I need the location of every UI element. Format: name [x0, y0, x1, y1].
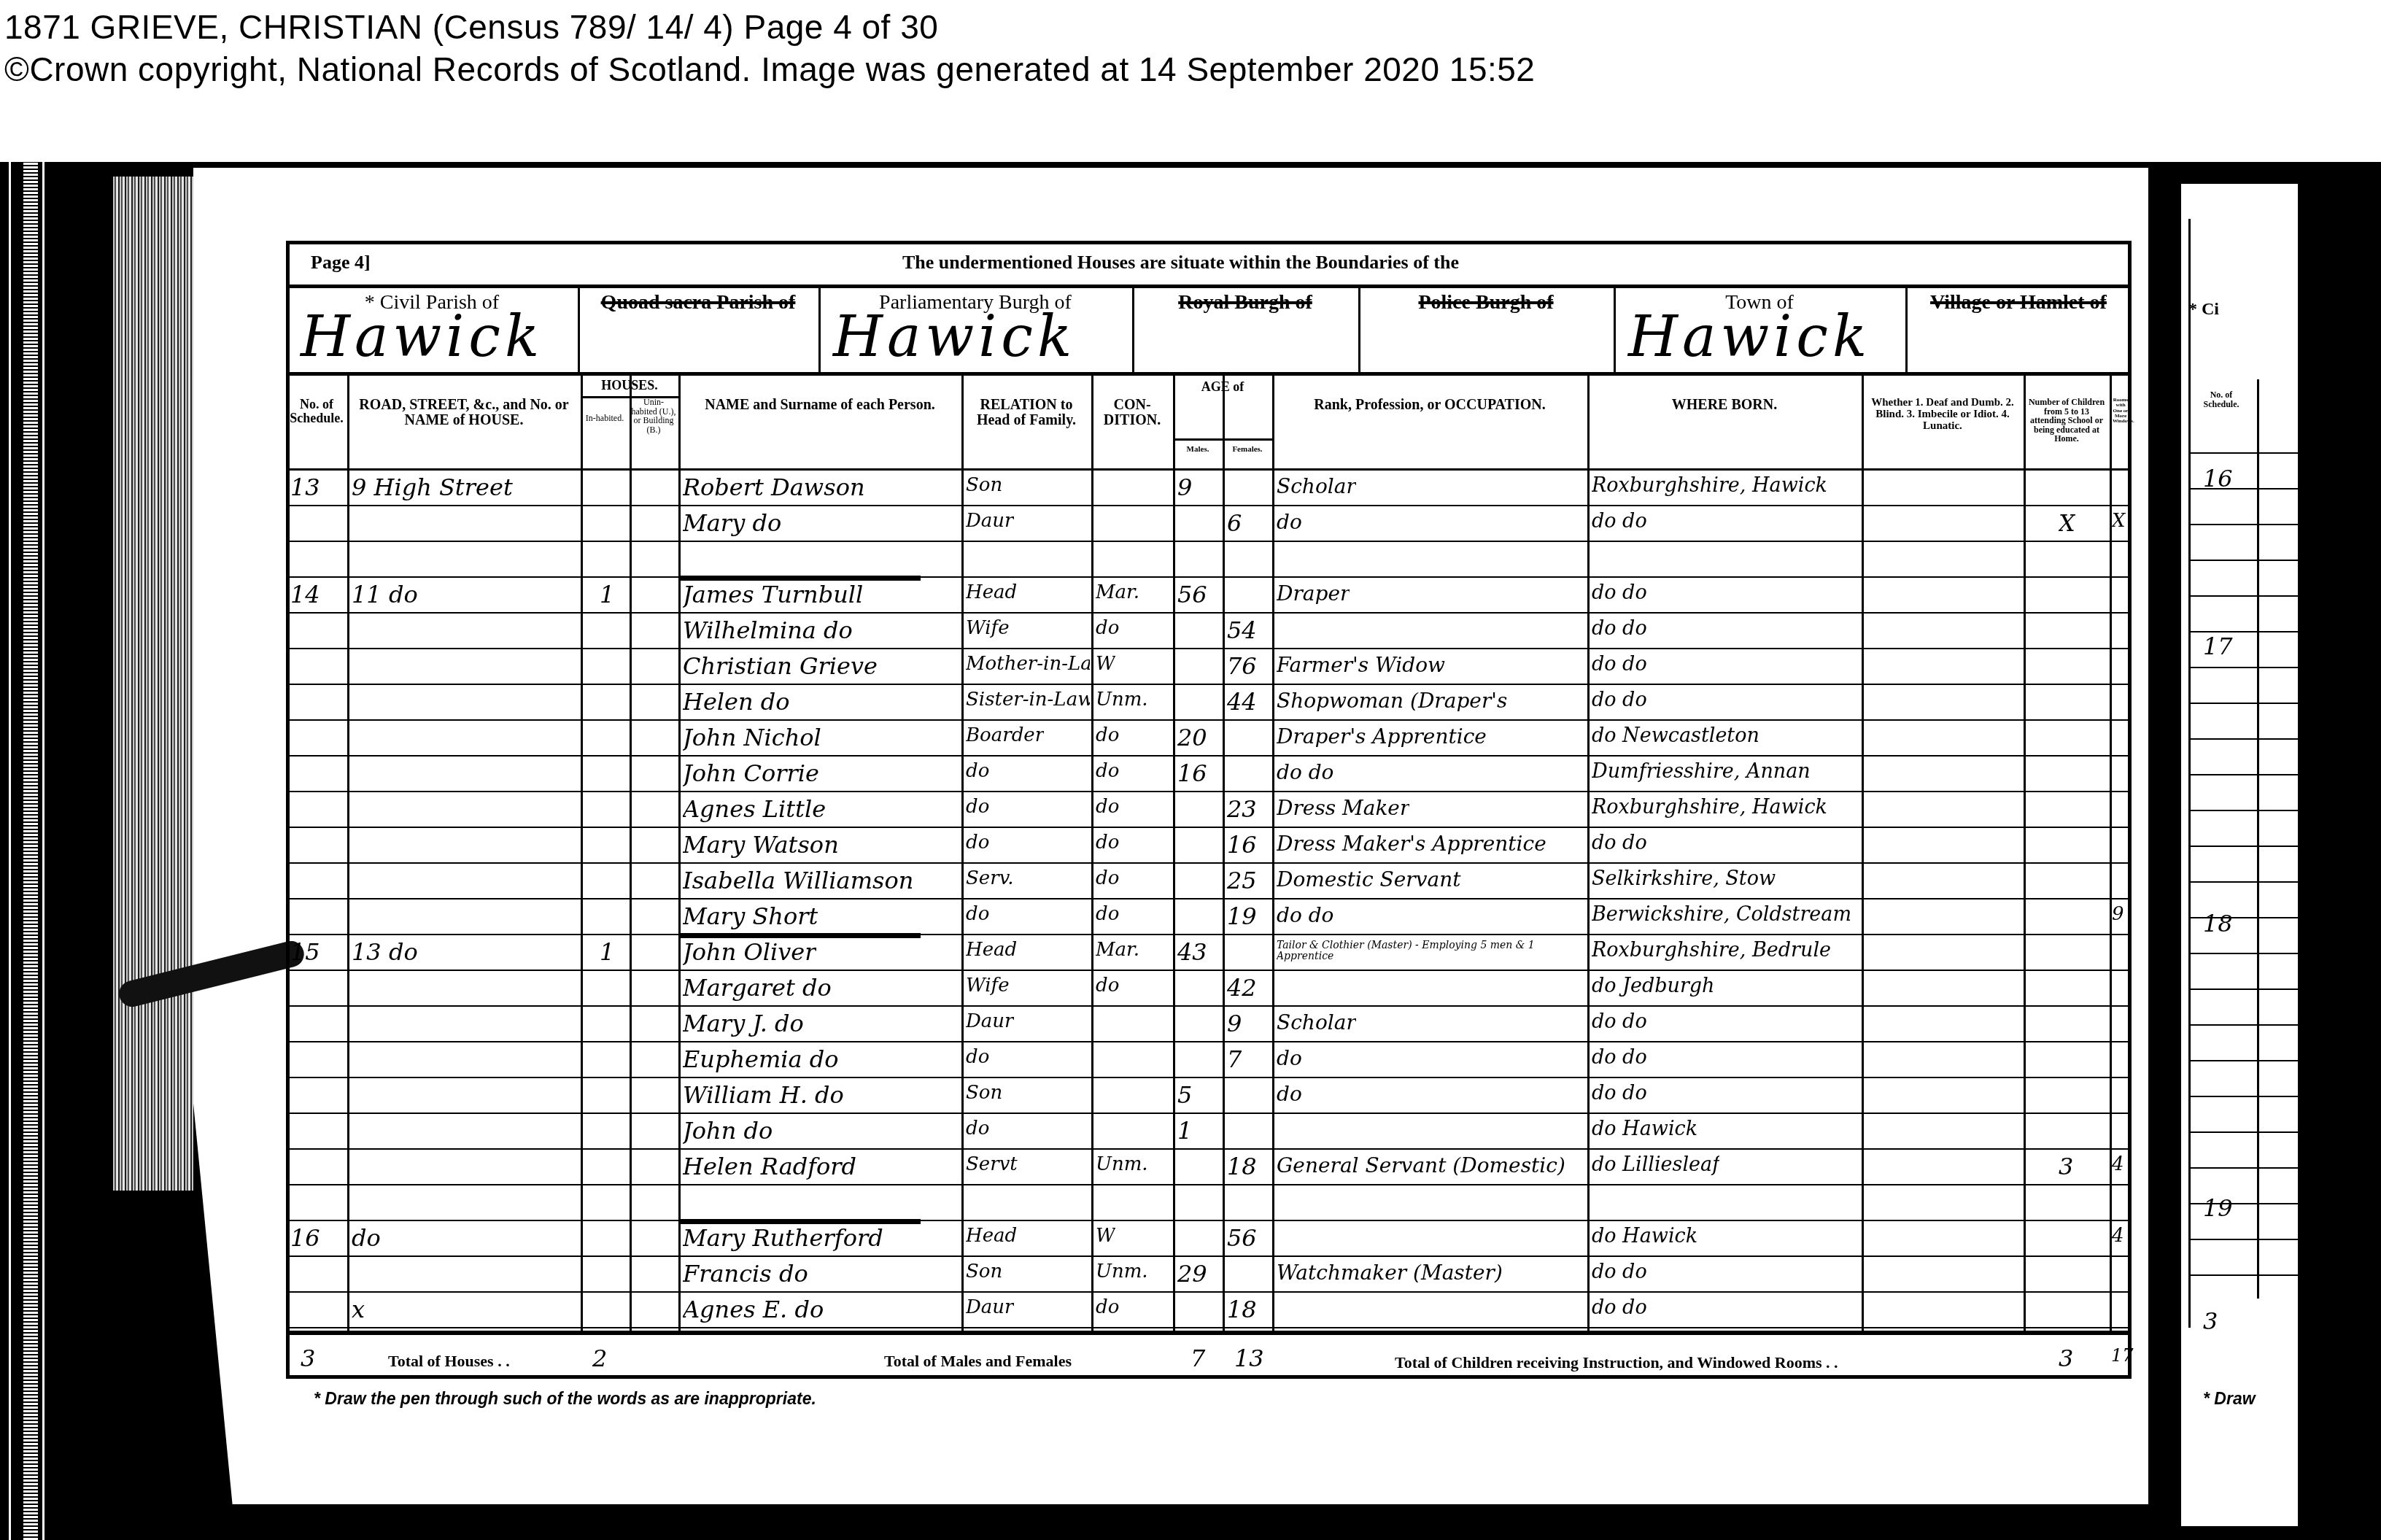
column-header-females: Females.: [1223, 446, 1272, 454]
row-divider: [286, 1077, 2132, 1078]
occupation: do do: [1277, 905, 1333, 926]
table-row: Mary J. doDaur9Scholardo do: [286, 1007, 2132, 1043]
boundary-label: Royal Burgh of: [1132, 292, 1358, 313]
person-name: Helen Radford: [683, 1155, 856, 1180]
row-divider: [2188, 452, 2298, 454]
row-divider: [2188, 1096, 2298, 1097]
boundary-label: Quoad sacra Parish of: [578, 292, 818, 313]
column-header-rooms: Rooms with One or More Windows.: [2113, 398, 2129, 425]
divider: [286, 372, 2132, 376]
condition: Unm.: [1096, 1155, 1148, 1175]
schedule-number: 16: [290, 1226, 320, 1251]
scan-edge: [42, 162, 44, 1540]
table-row: 139 High StreetRobert DawsonSon9ScholarR…: [286, 471, 2132, 507]
adjacent-schedule-number: 19: [2203, 1196, 2233, 1221]
row-divider: [2188, 1239, 2298, 1240]
occupation: Dress Maker's Apprentice: [1277, 833, 1546, 854]
relation: do: [966, 905, 989, 924]
birthplace: Berwickshire, Coldstream: [1592, 905, 1851, 925]
divider: [2188, 219, 2191, 1328]
table-row: Helen RadfordServtUnm.18General Servant …: [286, 1150, 2132, 1186]
relation: do: [966, 762, 989, 781]
address: x: [352, 1298, 365, 1323]
occupation: do: [1277, 511, 1302, 533]
age-female: 16: [1227, 833, 1257, 858]
row-divider: [286, 862, 2132, 864]
occupation: Draper: [1277, 583, 1350, 604]
windowed-rooms: 4: [2112, 1155, 2124, 1175]
table-row: 1411 do1James TurnbullHeadMar.56Draperdo…: [286, 579, 2132, 614]
person-name: Agnes Little: [683, 797, 826, 822]
household-separator: [680, 576, 921, 581]
relation: Wife: [966, 619, 1010, 638]
age-female: 19: [1227, 905, 1257, 929]
row-divider: [2188, 560, 2298, 561]
table-row: John Corriedodo16do doDumfriesshire, Ann…: [286, 757, 2132, 793]
table-row: Mary Shortdodo19do doBerwickshire, Colds…: [286, 900, 2132, 936]
person-name: Euphemia do: [683, 1048, 839, 1072]
row-divider: [286, 1113, 2132, 1114]
children-count: 3: [2059, 1155, 2073, 1180]
person-name: Mary Short: [683, 905, 818, 929]
total-females: 13: [1234, 1347, 1264, 1371]
copyright-notice: ©Crown copyright, National Records of Sc…: [4, 53, 1535, 86]
row-divider: [2188, 595, 2298, 597]
column-header-inhabited: In-habited.: [582, 414, 627, 423]
adjacent-footnote: * Draw: [2203, 1390, 2256, 1407]
age-female: 18: [1227, 1155, 1257, 1180]
birthplace: do do: [1592, 511, 1647, 532]
birthplace: do do: [1592, 583, 1647, 603]
adjacent-schedule-number: 18: [2203, 912, 2233, 937]
relation: Son: [966, 1262, 1002, 1282]
birthplace: Roxburghshire, Hawick: [1592, 797, 1827, 818]
occupation: Watchmaker (Master): [1277, 1262, 1503, 1283]
person-name: Christian Grieve: [683, 654, 878, 679]
boundary-label: Village or Hamlet of: [1905, 292, 2132, 313]
birthplace: do do: [1592, 654, 1647, 675]
divider: [286, 1331, 2132, 1335]
person-name: John Corrie: [683, 762, 819, 786]
occupation: Tailor & Clothier (Master) - Employing 5…: [1277, 940, 1586, 961]
birthplace: Roxburghshire, Hawick: [1592, 476, 1827, 496]
birthplace: do Lilliesleaf: [1592, 1155, 1719, 1175]
occupation: Shopwoman (Draper's: [1277, 690, 1507, 711]
condition: do: [1096, 976, 1119, 996]
person-name: Robert Dawson: [683, 476, 865, 500]
occupation: do do: [1277, 762, 1333, 783]
person-name: Helen do: [683, 690, 790, 715]
column-header-age: AGE of: [1173, 380, 1272, 394]
relation: Daur: [966, 511, 1014, 531]
address: do: [352, 1226, 381, 1251]
row-divider: [2188, 703, 2298, 704]
column-header-born: WHERE BORN.: [1590, 398, 1859, 413]
column-header-occupation: Rank, Profession, or OCCUPATION.: [1275, 398, 1584, 413]
windowed-rooms: 4: [2112, 1226, 2124, 1246]
relation: Daur: [966, 1298, 1014, 1317]
row-divider: [2188, 810, 2298, 811]
scan-edge: [9, 162, 11, 1540]
boundary-value: Hawick: [833, 308, 1076, 368]
occupation: Dress Maker: [1277, 797, 1409, 819]
row-divider: [2188, 1131, 2298, 1133]
person-name: Isabella Williamson: [683, 869, 913, 894]
age-male: 16: [1177, 762, 1207, 786]
condition: do: [1096, 762, 1119, 781]
total-rooms: 17: [2111, 1347, 2134, 1365]
row-divider: [286, 719, 2132, 721]
column-header-infirm: Whether 1. Deaf and Dumb. 2. Blind. 3. I…: [1865, 398, 2021, 432]
boundary-value: Hawick: [301, 308, 543, 368]
table-row: 16doMary RutherfordHeadW56do Hawick4: [286, 1222, 2132, 1258]
row-divider: [286, 1220, 2132, 1221]
row-divider: [286, 1255, 2132, 1257]
relation: Son: [966, 1083, 1002, 1103]
row-divider: [2188, 1167, 2298, 1169]
divider: [286, 468, 2132, 471]
houses-inhabited: 1: [600, 940, 614, 965]
row-divider: [286, 612, 2132, 614]
column-header-relation: RELATION to Head of Family.: [964, 398, 1088, 428]
birthplace: do Newcastleton: [1592, 726, 1759, 746]
row-divider: [286, 970, 2132, 971]
row-divider: [2188, 667, 2298, 668]
occupation: General Servant (Domestic): [1277, 1155, 1565, 1176]
schedule-number: 14: [290, 583, 320, 608]
row-divider: [286, 648, 2132, 649]
row-divider: [286, 1041, 2132, 1042]
total-schedules: 3: [301, 1347, 315, 1371]
table-row: Wilhelmina doWifedo54do do: [286, 614, 2132, 650]
birthplace: do do: [1592, 1048, 1647, 1068]
birthplace: do do: [1592, 690, 1647, 711]
age-female: 23: [1227, 797, 1257, 822]
relation: Boarder: [966, 726, 1044, 746]
row-divider: [2188, 524, 2298, 525]
row-divider: [286, 1291, 2132, 1293]
table-row: John dodo1do Hawick: [286, 1115, 2132, 1150]
row-divider: [2188, 988, 2298, 990]
row-divider: [2188, 488, 2298, 490]
person-name: Margaret do: [683, 976, 832, 1001]
row-divider: [2188, 1024, 2298, 1026]
table-row: Helen doSister-in-LawUnm.44Shopwoman (Dr…: [286, 686, 2132, 721]
divider: [1173, 438, 1272, 441]
occupation: Domestic Servant: [1277, 869, 1461, 890]
table-row: Agnes Littledodo23Dress MakerRoxburghshi…: [286, 793, 2132, 829]
table-row: Mary Watsondodo16Dress Maker's Apprentic…: [286, 829, 2132, 864]
boundaries-intro: The undermentioned Houses are situate wi…: [902, 252, 1459, 272]
condition: Mar.: [1096, 940, 1139, 960]
total-children: 3: [2059, 1347, 2073, 1371]
row-divider: [286, 1005, 2132, 1007]
total-houses-label: Total of Houses . .: [388, 1353, 510, 1369]
person-name: Mary do: [683, 511, 781, 536]
page-label: Page 4]: [311, 252, 371, 272]
condition: W: [1096, 1226, 1115, 1246]
condition: do: [1096, 869, 1119, 889]
row-divider: [2188, 881, 2298, 883]
relation: Head: [966, 940, 1017, 960]
row-divider: [2188, 1203, 2298, 1204]
row-divider: [2188, 631, 2298, 632]
condition: Mar.: [1096, 583, 1139, 603]
address: 9 High Street: [352, 476, 513, 500]
person-name: John do: [683, 1119, 773, 1144]
column-header-name: NAME and Surname of each Person.: [681, 398, 959, 413]
age-female: 44: [1227, 690, 1257, 715]
birthplace: Roxburghshire, Bedrule: [1592, 940, 1831, 961]
age-male: 56: [1177, 583, 1207, 608]
row-divider: [286, 684, 2132, 685]
table-row: Francis doSonUnm.29Watchmaker (Master)do…: [286, 1258, 2132, 1293]
age-male: 1: [1177, 1119, 1192, 1144]
age-male: 20: [1177, 726, 1207, 751]
windowed-rooms: 9: [2112, 905, 2124, 924]
relation: Head: [966, 1226, 1017, 1246]
relation: Servt: [966, 1155, 1018, 1175]
adjacent-schedule-header: No. of Schedule.: [2196, 390, 2247, 409]
adjacent-page: [2181, 184, 2298, 1526]
row-divider: [2188, 953, 2298, 954]
age-female: 18: [1227, 1298, 1257, 1323]
column-header-schedule: No. of Schedule.: [289, 398, 344, 425]
row-divider: [286, 827, 2132, 828]
divider: [581, 396, 678, 398]
table-row: Isabella WilliamsonServ.do25Domestic Ser…: [286, 864, 2132, 900]
total-houses-value: 2: [592, 1347, 607, 1371]
birthplace: do do: [1592, 1298, 1647, 1318]
condition: Unm.: [1096, 1262, 1148, 1282]
relation: do: [966, 1119, 989, 1139]
relation: Son: [966, 476, 1002, 495]
scan-edge: [23, 162, 38, 1540]
age-male: 5: [1177, 1083, 1192, 1108]
row-divider: [2188, 1060, 2298, 1061]
adjacent-schedule-number: 17: [2203, 635, 2233, 659]
household-separator: [680, 1219, 921, 1224]
age-female: 6: [1227, 511, 1242, 536]
person-name: William H. do: [683, 1083, 844, 1108]
age-female: 25: [1227, 869, 1257, 894]
row-divider: [286, 1184, 2132, 1185]
occupation: do: [1277, 1048, 1302, 1069]
person-name: Mary Watson: [683, 833, 839, 858]
adjacent-total: 3: [2203, 1309, 2218, 1334]
row-divider: [286, 755, 2132, 757]
address: 11 do: [352, 583, 418, 608]
person-name: Francis do: [683, 1262, 808, 1287]
condition: do: [1096, 726, 1119, 746]
age-female: 54: [1227, 619, 1257, 643]
person-name: Agnes E. do: [683, 1298, 824, 1323]
birthplace: Dumfriesshire, Annan: [1592, 762, 1811, 782]
age-female: 42: [1227, 976, 1257, 1001]
condition: Unm.: [1096, 690, 1148, 710]
divider: [2257, 379, 2259, 1299]
total-males: 7: [1190, 1347, 1205, 1371]
total-persons-label: Total of Males and Females: [884, 1353, 1072, 1369]
row-divider: [2188, 846, 2298, 847]
column-header-houses: HOUSES.: [584, 379, 675, 392]
divider: [286, 285, 2132, 288]
condition: do: [1096, 619, 1119, 638]
age-female: 76: [1227, 654, 1257, 679]
condition: do: [1096, 1298, 1119, 1317]
age-male: 29: [1177, 1262, 1207, 1287]
schedule-number: 13: [290, 476, 320, 500]
occupation: Scholar: [1277, 476, 1356, 497]
relation: do: [966, 1048, 989, 1067]
relation: Head: [966, 583, 1017, 603]
row-divider: [286, 505, 2132, 506]
table-row: Christian GrieveMother-in-LawW76Farmer's…: [286, 650, 2132, 686]
census-form: Page 4] The undermentioned Houses are si…: [286, 241, 2139, 1379]
condition: do: [1096, 797, 1119, 817]
row-divider: [286, 576, 2132, 578]
row-divider: [2188, 738, 2298, 740]
birthplace: do do: [1592, 833, 1647, 854]
relation: Sister-in-Law: [966, 690, 1090, 710]
children-count: X: [2059, 511, 2075, 536]
birthplace: do Hawick: [1592, 1119, 1697, 1139]
birthplace: do Hawick: [1592, 1226, 1697, 1247]
total-children-label: Total of Children receiving Instruction,…: [1395, 1354, 1838, 1371]
age-male: 9: [1177, 476, 1192, 500]
table-row: xAgnes E. doDaurdo18do do: [286, 1293, 2132, 1329]
adjacent-parish-fragment: * Ci: [2188, 301, 2219, 319]
table-row: William H. doSon5dodo do: [286, 1079, 2132, 1115]
relation: Daur: [966, 1012, 1014, 1032]
column-header-children: Number of Children from 5 to 13 attendin…: [2026, 398, 2107, 444]
row-divider: [2188, 917, 2298, 918]
book-fold: [113, 177, 193, 1191]
birthplace: do do: [1592, 619, 1647, 639]
occupation: Draper's Apprentice: [1277, 726, 1487, 747]
relation: do: [966, 833, 989, 853]
table-row: Euphemia dodo7dodo do: [286, 1043, 2132, 1079]
age-male: 43: [1177, 940, 1207, 965]
occupation: Farmer's Widow: [1277, 654, 1445, 676]
birthplace: do do: [1592, 1262, 1647, 1282]
row-divider: [286, 791, 2132, 792]
row-divider: [286, 1327, 2132, 1328]
person-name: Wilhelmina do: [683, 619, 853, 643]
windowed-rooms: X: [2112, 511, 2126, 531]
row-divider: [286, 541, 2132, 542]
birthplace: do do: [1592, 1083, 1647, 1104]
relation: do: [966, 797, 989, 817]
table-row: Margaret doWifedo42do Jedburgh: [286, 972, 2132, 1007]
table-row: [286, 543, 2132, 579]
column-header-uninhabited: Unin-habited (U.), or Building (B.): [631, 398, 676, 434]
person-name: Mary Rutherford: [683, 1226, 883, 1251]
row-divider: [2188, 774, 2298, 775]
occupation: Scholar: [1277, 1012, 1356, 1033]
condition: do: [1096, 833, 1119, 853]
household-separator: [680, 933, 921, 938]
table-row: 1513 do1John OliverHeadMar.43Tailor & Cl…: [286, 936, 2132, 972]
birthplace: Selkirkshire, Stow: [1592, 869, 1776, 889]
relation: Wife: [966, 976, 1010, 996]
address: 13 do: [352, 940, 418, 965]
row-divider: [286, 1148, 2132, 1150]
occupation: do: [1277, 1083, 1302, 1104]
table-row: Mary doDaur6dodo doXX: [286, 507, 2132, 543]
relation: Serv.: [966, 869, 1014, 889]
age-female: 56: [1227, 1226, 1257, 1251]
boundary-value: Hawick: [1628, 308, 1871, 368]
document-title: 1871 GRIEVE, CHRISTIAN (Census 789/ 14/ …: [4, 10, 938, 44]
column-header-males: Males.: [1173, 446, 1223, 454]
table-row: John NicholBoarderdo20Draper's Apprentic…: [286, 721, 2132, 757]
age-female: 7: [1227, 1048, 1242, 1072]
birthplace: do do: [1592, 1012, 1647, 1032]
birthplace: do Jedburgh: [1592, 976, 1714, 997]
row-divider: [2188, 1274, 2298, 1276]
person-name: James Turnbull: [683, 583, 863, 608]
condition: W: [1096, 654, 1115, 674]
row-divider: [286, 934, 2132, 935]
age-female: 9: [1227, 1012, 1242, 1037]
condition: do: [1096, 905, 1119, 924]
person-name: John Oliver: [683, 940, 816, 965]
person-name: John Nichol: [683, 726, 821, 751]
column-header-condition: CON-DITION.: [1094, 398, 1170, 428]
person-name: Mary J. do: [683, 1012, 804, 1037]
row-divider: [286, 898, 2132, 899]
boundary-label: Police Burgh of: [1358, 292, 1614, 313]
relation: Mother-in-Law: [966, 654, 1090, 674]
table-row: [286, 1186, 2132, 1222]
houses-inhabited: 1: [600, 583, 614, 608]
schedule-number: 15: [290, 940, 320, 965]
footnote: * Draw the pen through such of the words…: [314, 1390, 816, 1407]
column-header-address: ROAD, STREET, &c., and No. or NAME of HO…: [350, 398, 578, 428]
